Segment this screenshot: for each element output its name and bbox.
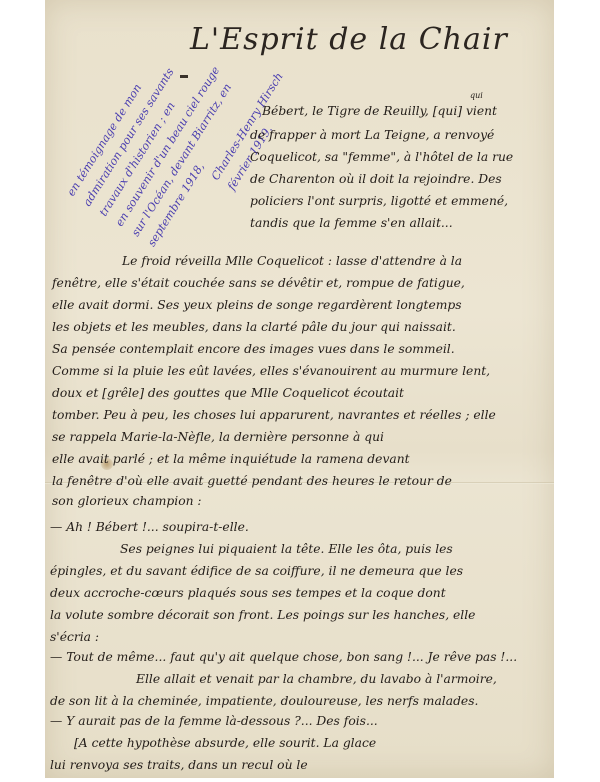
insertion-qui: qui — [470, 91, 483, 100]
text-line: Sa pensée contemplait encore des images … — [52, 342, 455, 356]
text-line: — Y aurait pas de la femme là-dessous ?.… — [50, 714, 378, 728]
text-line: Coquelicot, sa "femme", à l'hôtel de la … — [250, 150, 513, 164]
text-line: — Ah ! Bébert !... soupira-t-elle. — [50, 520, 249, 534]
text-line: Elle allait et venait par la chambre, du… — [136, 672, 497, 686]
text-line: la fenêtre d'où elle avait guetté pendan… — [52, 474, 452, 488]
text-line: Comme si la pluie les eût lavées, elles … — [52, 364, 490, 378]
text-line: de frapper à mort La Teigne, a renvoyé — [250, 128, 494, 142]
text-line: elle avait dormi. Ses yeux pleins de son… — [52, 298, 462, 312]
text-line: elle avait parlé ; et la même inquiétude… — [52, 452, 410, 466]
text-line: [A cette hypothèse absurde, elle sourit.… — [74, 736, 376, 750]
text-line: se rappela Marie-la-Nèfle, la dernière p… — [52, 430, 384, 444]
text-line: — Tout de même... faut qu'y ait quelque … — [50, 650, 517, 664]
text-line: deux accroche-cœurs plaqués sous ses tem… — [50, 586, 446, 600]
text-line: s'écria : — [50, 630, 99, 644]
text-line: épingles, et du savant édifice de sa coi… — [50, 564, 463, 578]
text-line: de son lit à la cheminée, impatiente, do… — [50, 694, 478, 708]
text-line: policiers l'ont surpris, ligotté et emme… — [250, 194, 508, 208]
text-line: tomber. Peu à peu, les choses lui apparu… — [52, 408, 496, 422]
text-line: la volute sombre décorait son front. Les… — [50, 608, 475, 622]
text-line: Ses peignes lui piquaient la tête. Elle … — [120, 542, 453, 556]
text-line: Bébert, le Tigre de Reuilly, [qui] vient — [262, 104, 497, 118]
text-line: son glorieux champion : — [52, 494, 202, 508]
text-line: les objets et les meubles, dans la clart… — [52, 320, 456, 334]
text-line: doux et [grêle] des gouttes que Mlle Coq… — [52, 386, 404, 400]
text-line: de Charenton où il doit la rejoindre. De… — [250, 172, 502, 186]
text-line: tandis que la femme s'en allait... — [250, 216, 453, 230]
text-line: lui renvoya ses traits, dans un recul où… — [50, 758, 308, 772]
text-line: Le froid réveilla Mlle Coquelicot : lass… — [122, 254, 462, 268]
text-line: fenêtre, elle s'était couchée sans se dé… — [52, 276, 465, 290]
